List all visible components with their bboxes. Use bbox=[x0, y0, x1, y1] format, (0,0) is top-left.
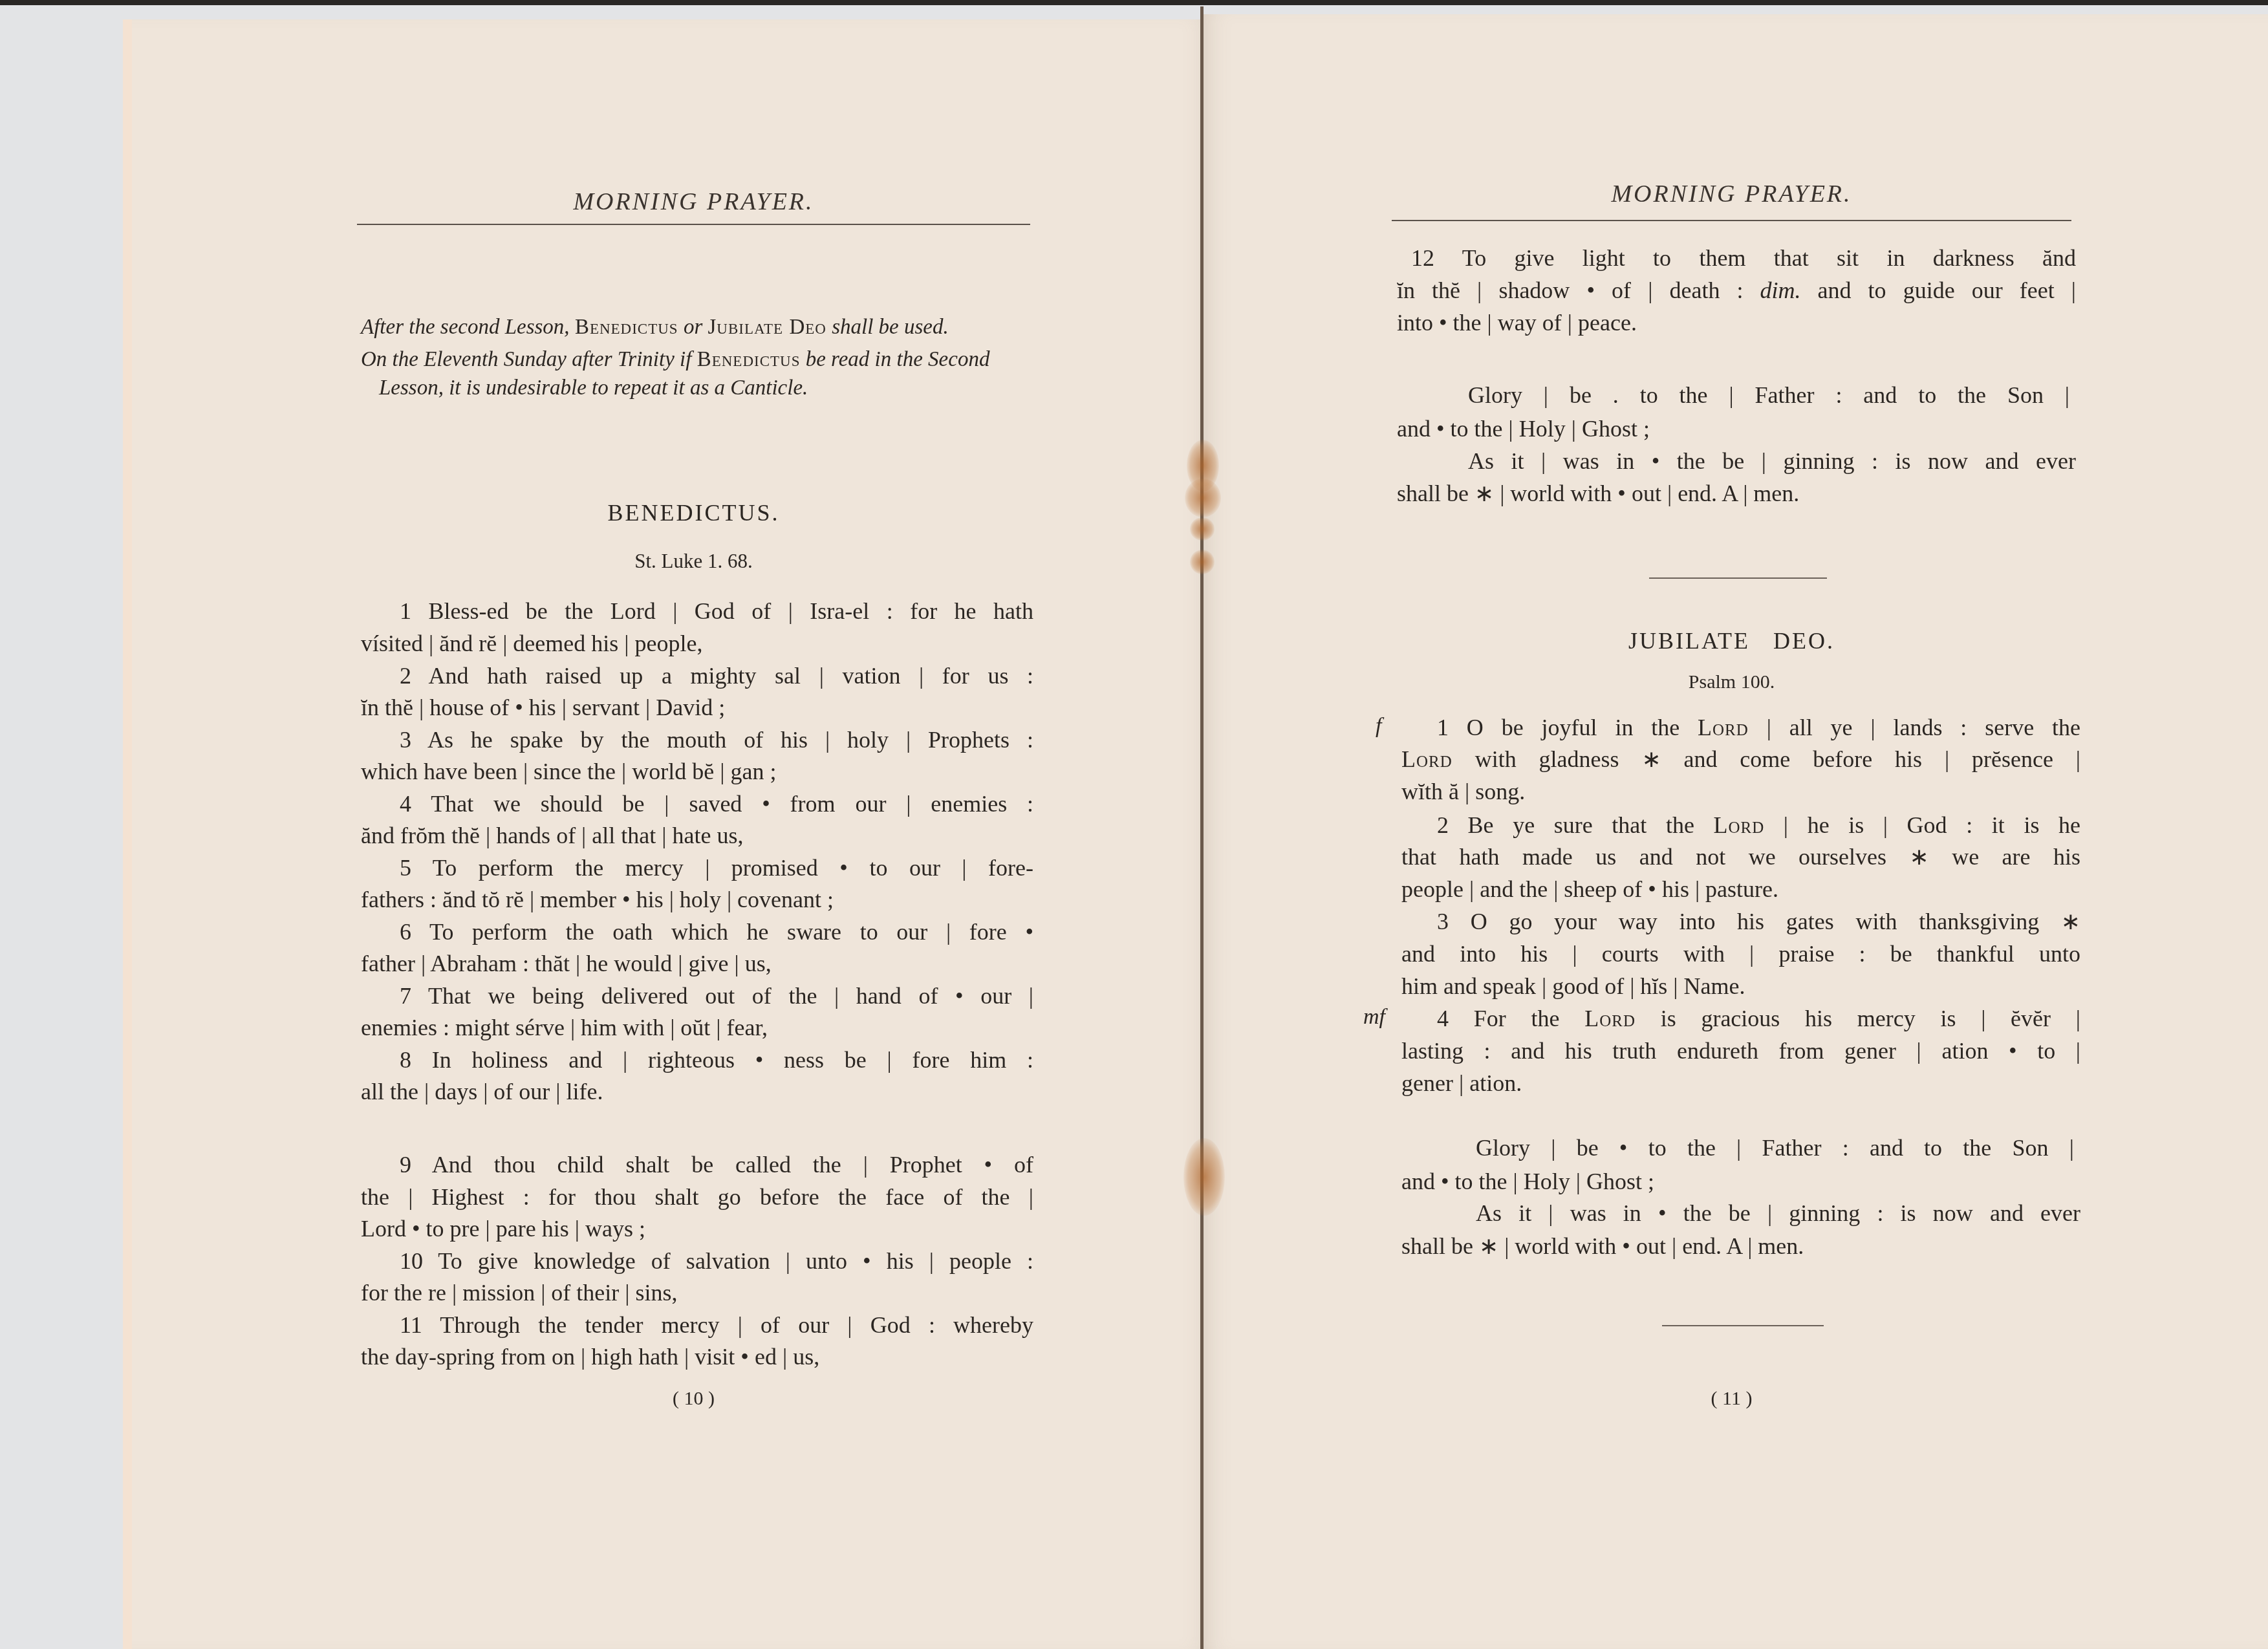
jubilate-line: 1 O be joyful in the Lord | all ye | lan… bbox=[1437, 714, 2080, 741]
benedictus-verse-12: into • the | way of | peace. bbox=[1397, 309, 2076, 336]
gloria-patri-line: and • to the | Holy | Ghost ; bbox=[1401, 1168, 2074, 1195]
benedictus-line: the day-spring from on | high hath | vis… bbox=[361, 1343, 1033, 1370]
gloria-patri-line: and • to the | Holy | Ghost ; bbox=[1397, 415, 2076, 442]
running-head-left: MORNING PRAYER. bbox=[357, 188, 1030, 216]
section-divider bbox=[1649, 577, 1827, 579]
rust-stain bbox=[1190, 550, 1215, 574]
book-spine bbox=[1200, 6, 1204, 1649]
benedictus-line: the | Highest : for thou shalt go before… bbox=[361, 1183, 1033, 1211]
gloria-patri-line: Glory | be • to the | Father : and to th… bbox=[1476, 1134, 2074, 1161]
benedictus-line: 6 To perform the oath which he sware to … bbox=[400, 918, 1033, 945]
page-number-right: ( 11 ) bbox=[1392, 1388, 2071, 1410]
rubric: After the second Lesson, Benedictus or J… bbox=[361, 313, 1033, 406]
benedictus-line: fathers : ănd tŏ rĕ | member • his | hol… bbox=[361, 886, 1033, 913]
scanner-edge bbox=[0, 0, 2268, 5]
canticle-title-jubilate: JUBILATE DEO. bbox=[1392, 627, 2071, 654]
benedictus-line: all the | days | of our | life. bbox=[361, 1078, 1033, 1105]
benedictus-verse-12: 12 To give light to them that sit in dar… bbox=[1411, 244, 2076, 272]
rust-stain bbox=[1183, 1138, 1225, 1216]
benedictus-line: enemies : might sérve | him with | oŭt |… bbox=[361, 1014, 1033, 1041]
jubilate-line: 2 Be ye sure that the Lord | he is | God… bbox=[1437, 812, 2080, 839]
jubilate-line: and into his | courts with | praise : be… bbox=[1401, 940, 2080, 967]
jubilate-line: lasting : and his truth endureth from ge… bbox=[1401, 1037, 2080, 1064]
gloria-patri-line: shall be ∗ | world with • out | end. A |… bbox=[1401, 1233, 2074, 1260]
rust-stain bbox=[1190, 517, 1215, 541]
jubilate-line: him and speak | good of | hĭs | Name. bbox=[1401, 973, 2080, 1000]
header-rule-left bbox=[357, 224, 1030, 225]
gloria-patri-line: As it | was in • the be | ginning : is n… bbox=[1468, 447, 2076, 475]
jubilate-line: that hath made us and not we ourselves ∗… bbox=[1401, 843, 2080, 870]
gloria-patri-line: As it | was in • the be | ginning : is n… bbox=[1476, 1200, 2080, 1227]
benedictus-line: 3 As he spake by the mouth of his | holy… bbox=[400, 726, 1033, 753]
benedictus-line: ĭn thĕ | house of • his | servant | Davi… bbox=[361, 694, 1033, 721]
jubilate-line: gener | ation. bbox=[1401, 1070, 2080, 1097]
page-number-left: ( 10 ) bbox=[357, 1388, 1030, 1410]
jubilate-line: 4 For the Lord is gracious his mercy is … bbox=[1437, 1005, 2080, 1032]
jubilate-line: people | and the | sheep of • his | past… bbox=[1401, 876, 2080, 903]
rubric-para-2: On the Eleventh Sunday after Trinity if … bbox=[361, 345, 1033, 402]
jubilate-line: 3 O go your way into his gates with than… bbox=[1437, 908, 2080, 935]
benedictus-line: 7 That we being delivered out of the | h… bbox=[400, 982, 1033, 1009]
benedictus-line: 4 That we should be | saved • from our |… bbox=[400, 790, 1033, 817]
canticle-source-psalm: Psalm 100. bbox=[1392, 671, 2071, 693]
jubilate-line: Lord with gladness ∗ and come before his… bbox=[1401, 746, 2080, 773]
benedictus-line: for the re | mission | of their | sins, bbox=[361, 1279, 1033, 1306]
benedictus-line: father | Abraham : thăt | he would | giv… bbox=[361, 950, 1033, 977]
benedictus-line: 9 And thou child shalt be called the | P… bbox=[400, 1151, 1033, 1178]
end-divider bbox=[1662, 1325, 1824, 1326]
gloria-patri-line: shall be ∗ | world with • out | end. A |… bbox=[1397, 480, 2076, 507]
header-rule-right bbox=[1392, 220, 2071, 221]
jubilate-line: wĭth ă | song. bbox=[1401, 778, 2080, 805]
benedictus-line: Lord • to pre | pare his | ways ; bbox=[361, 1215, 1033, 1242]
canticle-title-benedictus: BENEDICTUS. bbox=[357, 499, 1030, 526]
dynamic-marking-mezzo-forte: mf bbox=[1363, 1005, 1385, 1029]
running-head-right: MORNING PRAYER. bbox=[1392, 180, 2071, 208]
dynamic-marking-forte: f bbox=[1376, 714, 1381, 738]
benedictus-line: 1 Bless-ed be the Lord | God of | Isra-e… bbox=[400, 598, 1033, 625]
benedictus-line: 11 Through the tender mercy | of our | G… bbox=[400, 1311, 1033, 1339]
benedictus-line: 10 To give knowledge of salvation | unto… bbox=[400, 1247, 1033, 1275]
benedictus-verse-12: ĭn thĕ | shadow • of | death : dim. and … bbox=[1397, 277, 2076, 304]
rubric-para-1: After the second Lesson, Benedictus or J… bbox=[361, 313, 1033, 341]
benedictus-line: 8 In holiness and | righteous • ness be … bbox=[400, 1046, 1033, 1073]
canticle-source-luke: St. Luke 1. 68. bbox=[357, 550, 1030, 573]
benedictus-line: vísited | ănd rĕ | deemed his | people, bbox=[361, 630, 1033, 657]
benedictus-line: 5 To perform the mercy | promised • to o… bbox=[400, 854, 1033, 881]
benedictus-line: which have been | since the | world bĕ |… bbox=[361, 758, 1033, 785]
rust-stain bbox=[1185, 479, 1221, 517]
benedictus-line: 2 And hath raised up a mighty sal | vati… bbox=[400, 662, 1033, 689]
benedictus-line: ănd frŏm thĕ | hands of | all that | hat… bbox=[361, 822, 1033, 849]
gloria-patri-line: Glory | be . to the | Father : and to th… bbox=[1468, 382, 2069, 409]
